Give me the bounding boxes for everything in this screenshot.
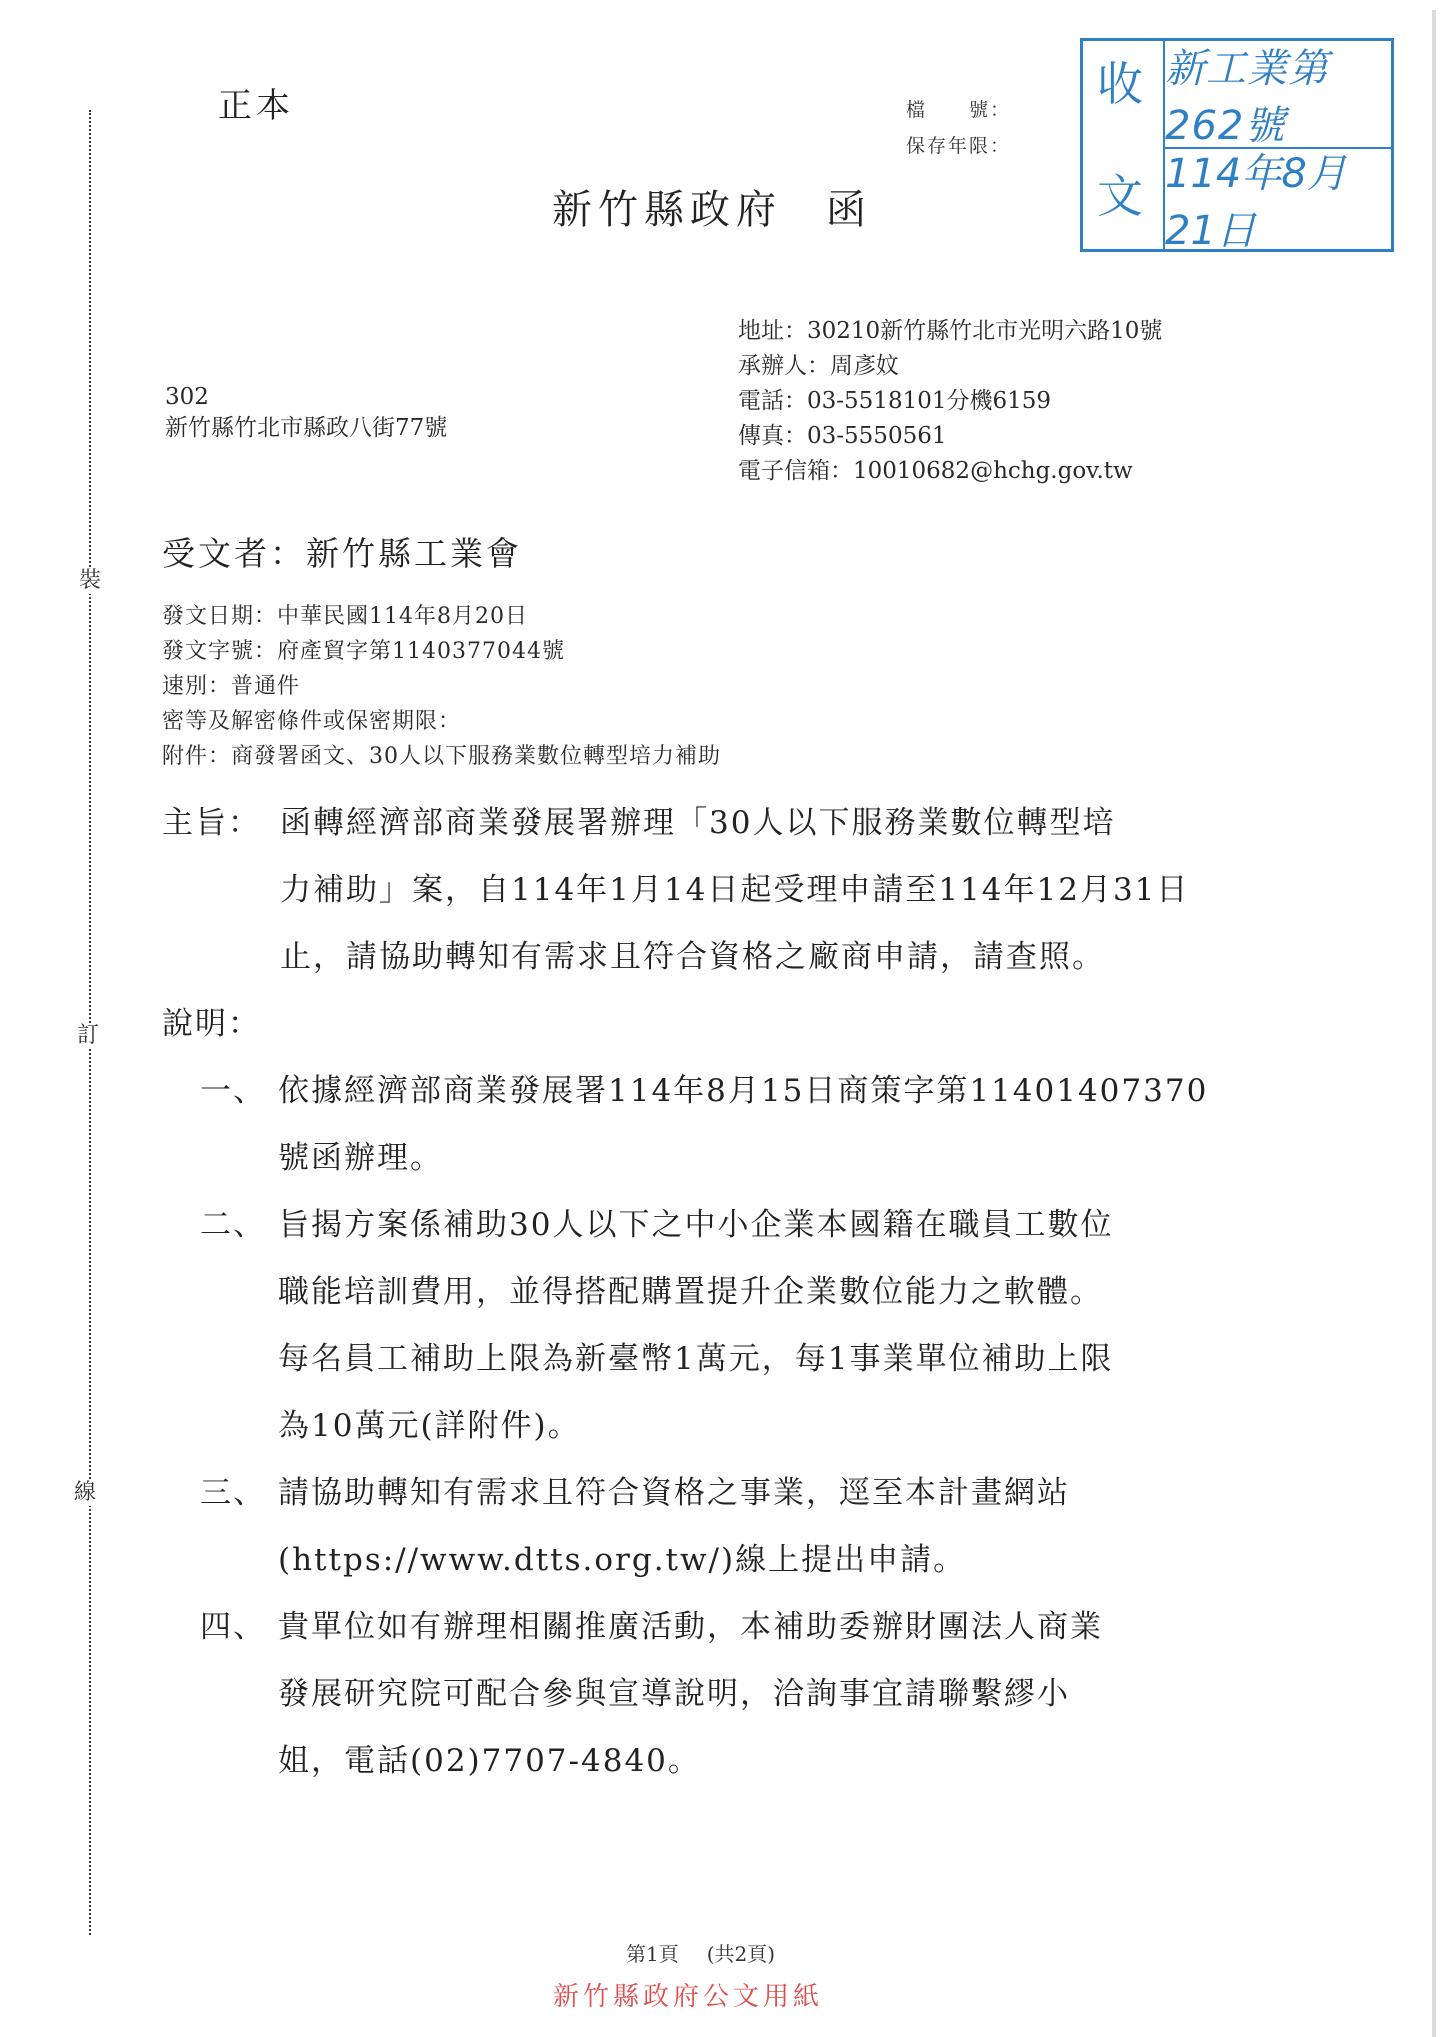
retention-label: 保存年限： — [906, 131, 1011, 158]
sender-phone: 電話：03-5518101分機6159 — [738, 384, 1051, 418]
file-number-label: 檔 號： — [906, 95, 1011, 122]
stamp-label-receive: 收 — [1097, 59, 1143, 109]
sender-fax: 傳真：03-5550561 — [738, 419, 946, 453]
stamp-label-column: 收 文 — [1083, 41, 1165, 249]
page-number: 第1頁(共2頁) — [626, 1938, 775, 1967]
current-page: 第1頁 — [626, 1942, 679, 1966]
explanation-item-line: 發展研究院可配合參與宣導說明，洽詢事宜請聯繫繆小 — [278, 1661, 1070, 1728]
explanation-label: 說明： — [162, 991, 261, 1058]
subject-line: 力補助」案，自114年1月14日起受理申請至114年12月31日 — [280, 857, 1189, 924]
explanation-item-line: (https://www.dtts.org.tw/)線上提出申請。 — [278, 1527, 966, 1594]
receipt-stamp: 收 文 新工業第262號 114年8月21日 — [1080, 38, 1394, 252]
stationery-brand: 新竹縣政府公文用紙 — [553, 1976, 823, 2013]
sender-email: 電子信箱：10010682@hchg.gov.tw — [738, 454, 1133, 488]
explanation-item-line: 請協助轉知有需求且符合資格之事業，逕至本計畫網站 — [278, 1460, 1070, 1527]
confidentiality: 密等及解密條件或保密期限： — [162, 705, 461, 739]
recipient-line: 受文者：新竹縣工業會 — [162, 528, 522, 575]
subject-label: 主旨： — [162, 790, 261, 857]
explanation-item-line: 姐，電話(02)7707-4840。 — [278, 1728, 701, 1795]
explanation-item-marker: 二、 — [200, 1192, 266, 1259]
explanation-item-line: 職能培訓費用，並得搭配購置提升企業數位能力之軟體。 — [278, 1259, 1103, 1326]
binding-mark-zhuang: 裝 — [77, 568, 103, 594]
binding-mark-xian: 線 — [72, 1480, 98, 1506]
stamp-receipt-number: 新工業第262號 — [1165, 41, 1391, 149]
stamp-label-document: 文 — [1097, 171, 1143, 221]
sender-handler: 承辦人：周彥妏 — [738, 349, 899, 383]
attachments: 附件：商發署函文、30人以下服務業數位轉型培力補助 — [162, 740, 721, 774]
explanation-item-line: 依據經濟部商業發展署114年8月15日商策字第11401407370 — [278, 1058, 1208, 1125]
explanation-item-line: 旨揭方案係補助30人以下之中小企業本國籍在職員工數位 — [278, 1192, 1113, 1259]
recipient-postal-address: 新竹縣竹北市縣政八街77號 — [165, 411, 447, 445]
document-type: 函 — [826, 187, 872, 233]
issuer-name: 新竹縣政府 — [552, 187, 782, 233]
explanation-item-line: 貴單位如有辦理相關推廣活動，本補助委辦財團法人商業 — [278, 1594, 1103, 1661]
explanation-item-marker: 四、 — [200, 1594, 266, 1661]
explanation-item-marker: 一、 — [200, 1058, 266, 1125]
page-edge — [1432, 10, 1436, 2037]
sender-address: 地址：30210新竹縣竹北市光明六路10號 — [738, 314, 1162, 348]
recipient-postal-code: 302 — [165, 380, 209, 414]
subject-line: 止，請協助轉知有需求且符合資格之廠商申請，請查照。 — [280, 924, 1105, 991]
priority: 速別：普通件 — [162, 670, 300, 704]
total-pages: (共2頁) — [707, 1942, 775, 1966]
binding-mark-ding: 訂 — [75, 1023, 101, 1049]
document-title: 新竹縣政府函 — [552, 178, 872, 235]
explanation-item-line: 每名員工補助上限為新臺幣1萬元，每1事業單位補助上限 — [278, 1326, 1113, 1393]
issue-date: 發文日期：中華民國114年8月20日 — [162, 600, 528, 634]
stamp-receipt-date: 114年8月21日 — [1165, 149, 1391, 249]
explanation-item-marker: 三、 — [200, 1460, 266, 1527]
subject-line: 函轉經濟部商業發展署辦理「30人以下服務業數位轉型培 — [280, 790, 1115, 857]
explanation-item-line: 號函辦理。 — [278, 1125, 443, 1192]
copy-type-label: 正本 — [218, 78, 294, 127]
explanation-item-line: 為10萬元(詳附件)。 — [278, 1393, 581, 1460]
issue-number: 發文字號：府產貿字第1140377044號 — [162, 635, 565, 669]
